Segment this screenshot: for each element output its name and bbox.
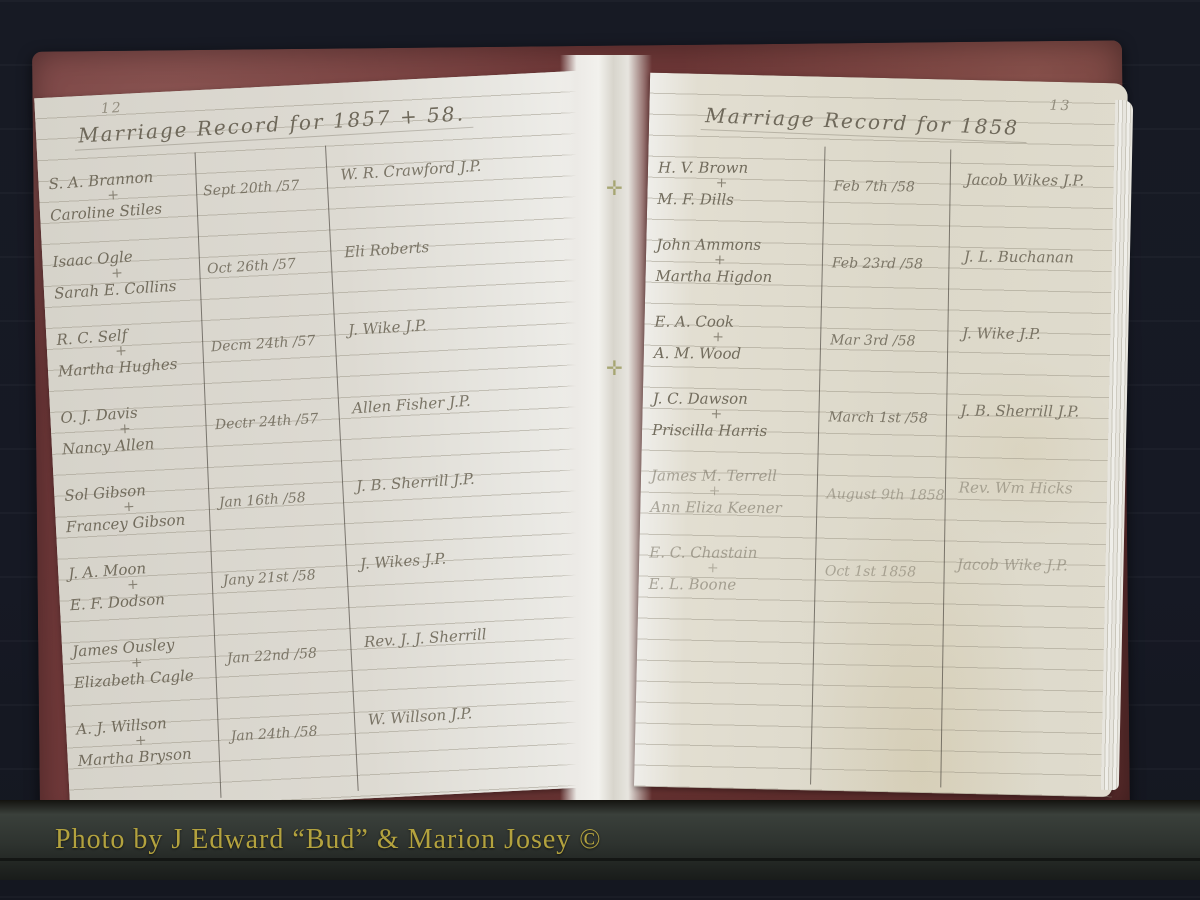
marriage-date: Oct 1st 1858 (814, 532, 943, 611)
officiant-name: Jacob Wike J.P. (943, 535, 1069, 613)
left-page: 12 Marriage Record for 1857 + 58. S. A. … (34, 71, 620, 814)
bride-name: Ann Eliza Keener (650, 497, 816, 516)
left-table: S. A. Brannon + Caroline Stiles Sept 20t… (37, 132, 619, 805)
officiant-name: J. B. Sherrill J.P. (340, 450, 477, 536)
officiant-name: Eli Roberts (328, 218, 432, 302)
officiant-name: W. R. Crawford J.P. (325, 137, 485, 225)
caption-text: Photo by J Edward “Bud” & Marion Josey © (55, 824, 602, 856)
bride-name: Martha Higdon (655, 267, 821, 286)
officiant-name: J. Wikes J.P. (344, 529, 449, 613)
bride-name: Priscilla Harris (652, 420, 818, 439)
officiant-name: Rev. J. J. Sherrill (348, 605, 489, 692)
right-table: H. V. Brown + M. F. Dills Feb 7th /58 Ja… (634, 143, 1126, 792)
officiant-name: J. B. Sherrill J.P. (946, 381, 1079, 459)
table-row: H. V. Brown + M. F. Dills Feb 7th /58 Ja… (647, 143, 1127, 231)
table-row: E. C. Chastain + E. L. Boone Oct 1st 185… (638, 528, 1118, 616)
right-page: 13 Marriage Record for 1858 H. V. Brown … (634, 73, 1128, 798)
page-mark: 12 (100, 100, 123, 117)
officiant-name: W. Willson J.P. (352, 684, 475, 769)
marriage-date: August 9th 1858 (816, 455, 945, 534)
officiant-name: Allen Fisher J.P. (336, 372, 473, 458)
officiant-name: J. Wike J.P. (332, 296, 429, 380)
marriage-date: Decm 24th /57 (199, 301, 338, 387)
marriage-date: Jan 24th /58 (218, 690, 357, 776)
table-row: E. A. Cook + A. M. Wood Mar 3rd /58 J. W… (643, 297, 1123, 385)
marriage-date: March 1st /58 (818, 378, 947, 457)
table-row: James M. Terrell + Ann Eliza Keener Augu… (640, 451, 1120, 539)
groom-name: J. C. Dawson (653, 389, 819, 407)
page-mark: 13 (1049, 98, 1071, 114)
marriage-date: Feb 7th /58 (823, 147, 952, 226)
officiant-name: J. L. Buchanan (950, 227, 1075, 305)
groom-name: John Ammons (656, 235, 822, 253)
marriage-date: Jan 16th /58 (207, 457, 346, 543)
table-row: J. C. Dawson + Priscilla Harris March 1s… (642, 374, 1122, 462)
officiant-name: J. Wike J.P. (948, 304, 1041, 382)
marriage-date: Feb 23rd /58 (821, 224, 950, 303)
table-row: John Ammons + Martha Higdon Feb 23rd /58… (645, 220, 1125, 308)
bride-name: M. F. Dills (657, 190, 823, 209)
bride-name: E. L. Boone (649, 574, 815, 593)
groom-name: H. V. Brown (658, 158, 824, 176)
marriage-date: Jan 22nd /58 (214, 612, 353, 698)
marriage-date: Dectr 24th /57 (203, 379, 342, 465)
marriage-date: Jany 21st /58 (211, 535, 350, 621)
groom-name: E. A. Cook (655, 312, 821, 330)
bride-name: A. M. Wood (654, 343, 820, 362)
marriage-date: Oct 26th /57 (195, 223, 334, 309)
groom-name: James M. Terrell (651, 466, 817, 484)
photo-background: 12 Marriage Record for 1857 + 58. S. A. … (0, 0, 1200, 900)
groom-name: E. C. Chastain (649, 543, 815, 561)
marriage-date: Sept 20th /57 (191, 145, 330, 231)
marriage-date: Mar 3rd /58 (820, 301, 949, 380)
officiant-name: Rev. Wm Hicks (944, 458, 1073, 536)
officiant-name: Jacob Wikes J.P. (951, 150, 1084, 228)
